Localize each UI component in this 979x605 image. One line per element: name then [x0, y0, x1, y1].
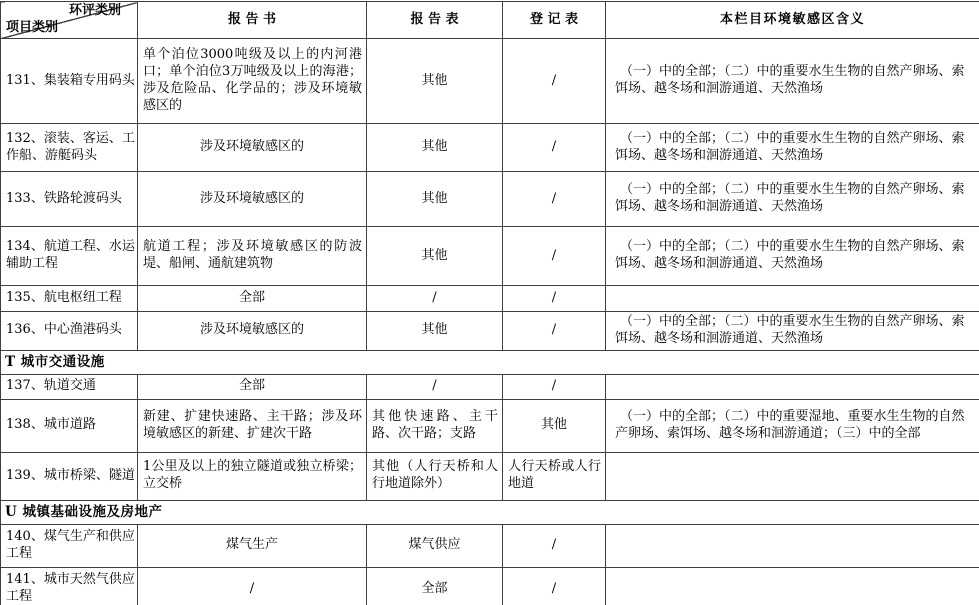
sensitive-area-meaning-cell	[606, 452, 979, 500]
section-row: T 城市交通设施	[1, 350, 979, 374]
report-book-cell: 涉及环境敏感区的	[138, 124, 367, 172]
header-registration-form: 登 记 表	[503, 2, 606, 39]
registration-form-cell: /	[503, 172, 606, 227]
report-form-cell: /	[367, 374, 503, 399]
registration-form-cell: /	[503, 312, 606, 351]
sensitive-area-meaning-cell: （一）中的全部；（二）中的重要水生生物的自然产卵场、索饵场、越冬场和洄游通道、天…	[606, 39, 979, 124]
report-form-cell: 其他	[367, 124, 503, 172]
project-category-cell: 133、铁路轮渡码头	[1, 172, 138, 227]
table-row: 139、城市桥梁、隧道1公里及以上的独立隧道或独立桥梁；立交桥其他（人行天桥和人…	[1, 452, 979, 500]
sensitive-area-meaning-cell: （一）中的全部；（二）中的重要湿地、重要水生生物的自然产卵场、索饵场、越冬场和洄…	[606, 399, 979, 452]
project-category-cell: 131、集装箱专用码头	[1, 39, 138, 124]
project-category-cell: 137、轨道交通	[1, 374, 138, 399]
report-form-cell: 其他	[367, 39, 503, 124]
report-form-cell: /	[367, 286, 503, 312]
report-book-cell: 涉及环境敏感区的	[138, 172, 367, 227]
report-book-cell: 煤气生产	[138, 524, 367, 567]
report-form-cell: 其他	[367, 227, 503, 286]
project-category-cell: 134、航道工程、水运辅助工程	[1, 227, 138, 286]
section-row: U 城镇基础设施及房地产	[1, 500, 979, 524]
table-row: 134、航道工程、水运辅助工程航道工程；涉及环境敏感区的防波堤、船闸、通航建筑物…	[1, 227, 979, 286]
table-row: 137、轨道交通全部//	[1, 374, 979, 399]
registration-form-cell: /	[503, 124, 606, 172]
header-eia-category-label: 环评类别	[69, 3, 121, 20]
project-category-cell: 139、城市桥梁、隧道	[1, 452, 138, 500]
registration-form-cell: 其他	[503, 399, 606, 452]
table-row: 132、滚装、客运、工作船、游艇码头涉及环境敏感区的其他/（一）中的全部；（二）…	[1, 124, 979, 172]
sensitive-area-meaning-cell	[606, 286, 979, 312]
table-row: 136、中心渔港码头涉及环境敏感区的其他/（一）中的全部；（二）中的重要水生生物…	[1, 312, 979, 351]
registration-form-cell: /	[503, 567, 606, 605]
diagonal-header-cell: 环评类别 项目类别	[1, 2, 138, 39]
report-book-cell: 全部	[138, 286, 367, 312]
report-form-cell: 其他快速路、主干路、次干路；支路	[367, 399, 503, 452]
registration-form-cell: /	[503, 524, 606, 567]
sensitive-area-meaning-cell: （一）中的全部；（二）中的重要水生生物的自然产卵场、索饵场、越冬场和洄游通道、天…	[606, 172, 979, 227]
sensitive-area-meaning-cell: （一）中的全部；（二）中的重要水生生物的自然产卵场、索饵场、越冬场和洄游通道、天…	[606, 227, 979, 286]
table-row: 138、城市道路新建、扩建快速路、主干路；涉及环境敏感区的新建、扩建次干路其他快…	[1, 399, 979, 452]
project-category-cell: 132、滚装、客运、工作船、游艇码头	[1, 124, 138, 172]
sensitive-area-meaning-cell: （一）中的全部；（二）中的重要水生生物的自然产卵场、索饵场、越冬场和洄游通道、天…	[606, 124, 979, 172]
report-form-cell: 全部	[367, 567, 503, 605]
header-project-category-label: 项目类别	[6, 20, 58, 37]
registration-form-cell: /	[503, 286, 606, 312]
sensitive-area-meaning-cell: （一）中的全部；（二）中的重要水生生物的自然产卵场、索饵场、越冬场和洄游通道、天…	[606, 312, 979, 351]
table-row: 135、航电枢纽工程全部//	[1, 286, 979, 312]
section-header: T 城市交通设施	[1, 350, 979, 374]
report-form-cell: 其他（人行天桥和人行地道除外）	[367, 452, 503, 500]
project-category-cell: 141、城市天然气供应工程	[1, 567, 138, 605]
report-form-cell: 煤气供应	[367, 524, 503, 567]
registration-form-cell: 人行天桥或人行地道	[503, 452, 606, 500]
report-form-cell: 其他	[367, 172, 503, 227]
sensitive-area-meaning-cell	[606, 374, 979, 399]
header-sensitive-area-meaning: 本栏目环境敏感区含义	[606, 2, 979, 39]
table-row: 133、铁路轮渡码头涉及环境敏感区的其他/（一）中的全部；（二）中的重要水生生物…	[1, 172, 979, 227]
report-book-cell: 单个泊位3000吨级及以上的内河港口；单个泊位3万吨级及以上的海港；涉及危险品、…	[138, 39, 367, 124]
project-category-cell: 138、城市道路	[1, 399, 138, 452]
header-report-form: 报 告 表	[367, 2, 503, 39]
registration-form-cell: /	[503, 39, 606, 124]
project-category-cell: 136、中心渔港码头	[1, 312, 138, 351]
registration-form-cell: /	[503, 227, 606, 286]
sensitive-area-meaning-cell	[606, 524, 979, 567]
sensitive-area-meaning-cell	[606, 567, 979, 605]
report-book-cell: 1公里及以上的独立隧道或独立桥梁；立交桥	[138, 452, 367, 500]
report-book-cell: 航道工程；涉及环境敏感区的防波堤、船闸、通航建筑物	[138, 227, 367, 286]
table-row: 131、集装箱专用码头单个泊位3000吨级及以上的内河港口；单个泊位3万吨级及以…	[1, 39, 979, 124]
table-body: 131、集装箱专用码头单个泊位3000吨级及以上的内河港口；单个泊位3万吨级及以…	[1, 39, 979, 605]
table-row: 140、煤气生产和供应工程煤气生产煤气供应/	[1, 524, 979, 567]
report-book-cell: 新建、扩建快速路、主干路；涉及环境敏感区的新建、扩建次干路	[138, 399, 367, 452]
registration-form-cell: /	[503, 374, 606, 399]
report-book-cell: 全部	[138, 374, 367, 399]
project-category-cell: 140、煤气生产和供应工程	[1, 524, 138, 567]
project-category-cell: 135、航电枢纽工程	[1, 286, 138, 312]
eia-classification-table: 环评类别 项目类别 报 告 书 报 告 表 登 记 表 本栏目环境敏感区含义 1…	[0, 1, 979, 605]
header-report-book: 报 告 书	[138, 2, 367, 39]
report-book-cell: /	[138, 567, 367, 605]
table-row: 141、城市天然气供应工程/全部/	[1, 567, 979, 605]
header-row: 环评类别 项目类别 报 告 书 报 告 表 登 记 表 本栏目环境敏感区含义	[1, 2, 979, 39]
section-header: U 城镇基础设施及房地产	[1, 500, 979, 524]
report-book-cell: 涉及环境敏感区的	[138, 312, 367, 351]
report-form-cell: 其他	[367, 312, 503, 351]
